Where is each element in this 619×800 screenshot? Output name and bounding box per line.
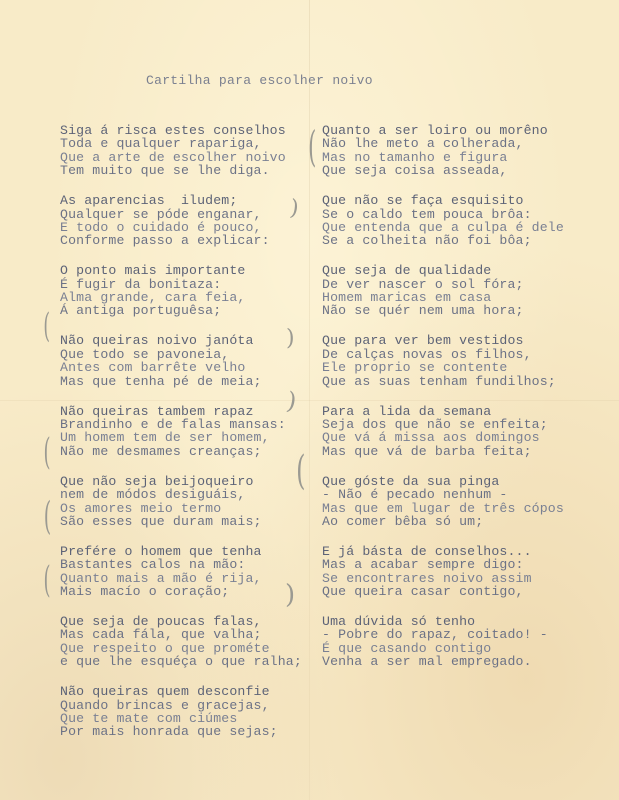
pencil-mark-bracket: ) [286, 326, 295, 351]
verse-line: Conforme passo a explicar: [60, 234, 302, 247]
verse-line: Se a colheita não foi bôa; [322, 234, 564, 247]
verse-line: Que queira casar contigo, [322, 585, 564, 598]
stanza: Uma dúvida só tenho- Pobre do rapaz, coi… [322, 615, 564, 669]
stanza: Que não se faça esquisitoSe o caldo tem … [322, 194, 564, 248]
verse-line: Mas que em lugar de três cópos [322, 502, 564, 515]
stanza: E já básta de conselhos...Mas a acabar s… [322, 545, 564, 599]
verse-line: Que seja de qualidade [322, 264, 564, 277]
stanza: Prefére o homem que tenhaBastantes calos… [60, 545, 302, 599]
verse-line: As aparencias iludem; [60, 194, 302, 207]
verse-line: Mais macío o coração; [60, 585, 302, 598]
pencil-mark-bracket: ( [44, 494, 51, 538]
paper-sheet: Cartilha para escolher noivo Siga á risc… [0, 0, 619, 800]
stanza: Não queiras tambem rapazBrandinho e de f… [60, 405, 302, 459]
verse-line: - Pobre do rapaz, coitado! - [322, 628, 564, 641]
verse-line: De calças novas os filhos, [322, 348, 564, 361]
left-column-poem: Siga á risca estes conselhosToda e qualq… [60, 124, 302, 755]
verse-line: É que casando contigo [322, 642, 564, 655]
verse-line: Ele proprio se contente [322, 361, 564, 374]
verse-line: Que não se faça esquisito [322, 194, 564, 207]
stanza: Que para ver bem vestidosDe calças novas… [322, 334, 564, 388]
verse-line: Mas que vá de barba feita; [322, 445, 564, 458]
stanza: Não queiras noivo janótaQue todo se pavo… [60, 334, 302, 388]
verse-line: Que todo se pavoneia, [60, 348, 302, 361]
verse-line: Que entenda que a culpa é dele [322, 221, 564, 234]
verse-line: Que para ver bem vestidos [322, 334, 564, 347]
verse-line: Por mais honrada que sejas; [60, 725, 302, 738]
verse-line: Á antiga portuguêsa; [60, 304, 302, 317]
verse-line: Que te mate com ciúmes [60, 712, 302, 725]
verse-line: É fugir da bonitaza: [60, 278, 302, 291]
verse-line: Para a lida da semana [322, 405, 564, 418]
verse-line: Que não seja beijoqueiro [60, 475, 302, 488]
verse-line: Não lhe meto a colherada, [322, 137, 564, 150]
verse-line: Não queiras noivo janóta [60, 334, 302, 347]
stanza: Que não seja beijoqueironem de módos des… [60, 475, 302, 529]
verse-line: O ponto mais importante [60, 264, 302, 277]
verse-line: Não me desmames creanças; [60, 445, 302, 458]
verse-line: Toda e qualquer rapariga, [60, 137, 302, 150]
verse-line: Brandinho e de falas mansas: [60, 418, 302, 431]
verse-line: Um homem tem de ser homem, [60, 431, 302, 444]
stanza: O ponto mais importanteÉ fugir da bonita… [60, 264, 302, 318]
verse-line: Mas a acabar sempre digo: [322, 558, 564, 571]
verse-line: Ao comer bêba só um; [322, 515, 564, 528]
stanza: Para a lida da semanaSeja dos que não se… [322, 405, 564, 459]
pencil-mark-bracket: ( [44, 432, 51, 473]
verse-line: Que seja de poucas falas, [60, 615, 302, 628]
verse-line: Que respeito o que prométe [60, 642, 302, 655]
verse-line: Mas cada fála, que valha; [60, 628, 302, 641]
right-column-poem: Quanto a ser loiro ou morênoNão lhe meto… [322, 124, 564, 685]
verse-line: Que góste da sua pinga [322, 475, 564, 488]
pencil-mark-bracket: ( [296, 448, 305, 494]
verse-line: Homem maricas em casa [322, 291, 564, 304]
verse-line: Quanto a ser loiro ou morêno [322, 124, 564, 137]
verse-line: Quanto mais a mão é rija, [60, 572, 302, 585]
verse-line: Mas que tenha pé de meia; [60, 375, 302, 388]
verse-line: Que as suas tenham fundilhos; [322, 375, 564, 388]
verse-line: Alma grande, cara feia, [60, 291, 302, 304]
pencil-mark-bracket: ( [308, 122, 316, 171]
verse-line: Os amores meio termo [60, 502, 302, 515]
stanza: Não queiras quem desconfieQuando brincas… [60, 685, 302, 739]
pencil-mark-bracket: ( [43, 306, 50, 346]
pencil-mark-bracket: ) [285, 580, 295, 610]
verse-line: Se o caldo tem pouca brôa: [322, 208, 564, 221]
verse-line: Que vá á missa aos domingos [322, 431, 564, 444]
verse-line: Antes com barrête velho [60, 361, 302, 374]
verse-line: Que seja coisa asseada, [322, 164, 564, 177]
verse-line: Se encontrares noivo assim [322, 572, 564, 585]
stanza: As aparencias iludem;Qualquer se póde en… [60, 194, 302, 248]
verse-line: Uma dúvida só tenho [322, 615, 564, 628]
verse-line: Qualquer se póde enganar, [60, 208, 302, 221]
verse-line: E já básta de conselhos... [322, 545, 564, 558]
document-title: Cartilha para escolher noivo [146, 73, 373, 88]
verse-line: Bastantes calos na mão: [60, 558, 302, 571]
stanza: Que seja de poucas falas,Mas cada fála, … [60, 615, 302, 669]
verse-line: nem de módos desiguáis, [60, 488, 302, 501]
stanza: Que góste da sua pinga- Não é pecado nen… [322, 475, 564, 529]
verse-line: Que a arte de escolher noivo [60, 151, 302, 164]
verse-line: e que lhe esquéça o que ralha; [60, 655, 302, 668]
pencil-mark-bracket: ( [44, 560, 51, 601]
verse-line: Não queiras quem desconfie [60, 685, 302, 698]
verse-line: Venha a ser mal empregado. [322, 655, 564, 668]
verse-line: São esses que duram mais; [60, 515, 302, 528]
verse-line: Seja dos que não se enfeita; [322, 418, 564, 431]
stanza: Que seja de qualidadeDe ver nascer o sol… [322, 264, 564, 318]
verse-line: E todo o cuidado é pouco, [60, 221, 302, 234]
stanza: Siga á risca estes conselhosToda e qualq… [60, 124, 302, 178]
verse-line: Não queiras tambem rapaz [60, 405, 302, 418]
stanza: Quanto a ser loiro ou morênoNão lhe meto… [322, 124, 564, 178]
verse-line: - Não é pecado nenhum - [322, 488, 564, 501]
verse-line: Quando brincas e gracejas, [60, 699, 302, 712]
verse-line: Mas no tamanho e figura [322, 151, 564, 164]
verse-line: Tem muito que se lhe diga. [60, 164, 302, 177]
verse-line: De ver nascer o sol fóra; [322, 278, 564, 291]
verse-line: Não se quér nem uma hora; [322, 304, 564, 317]
verse-line: Prefére o homem que tenha [60, 545, 302, 558]
verse-line: Siga á risca estes conselhos [60, 124, 302, 137]
